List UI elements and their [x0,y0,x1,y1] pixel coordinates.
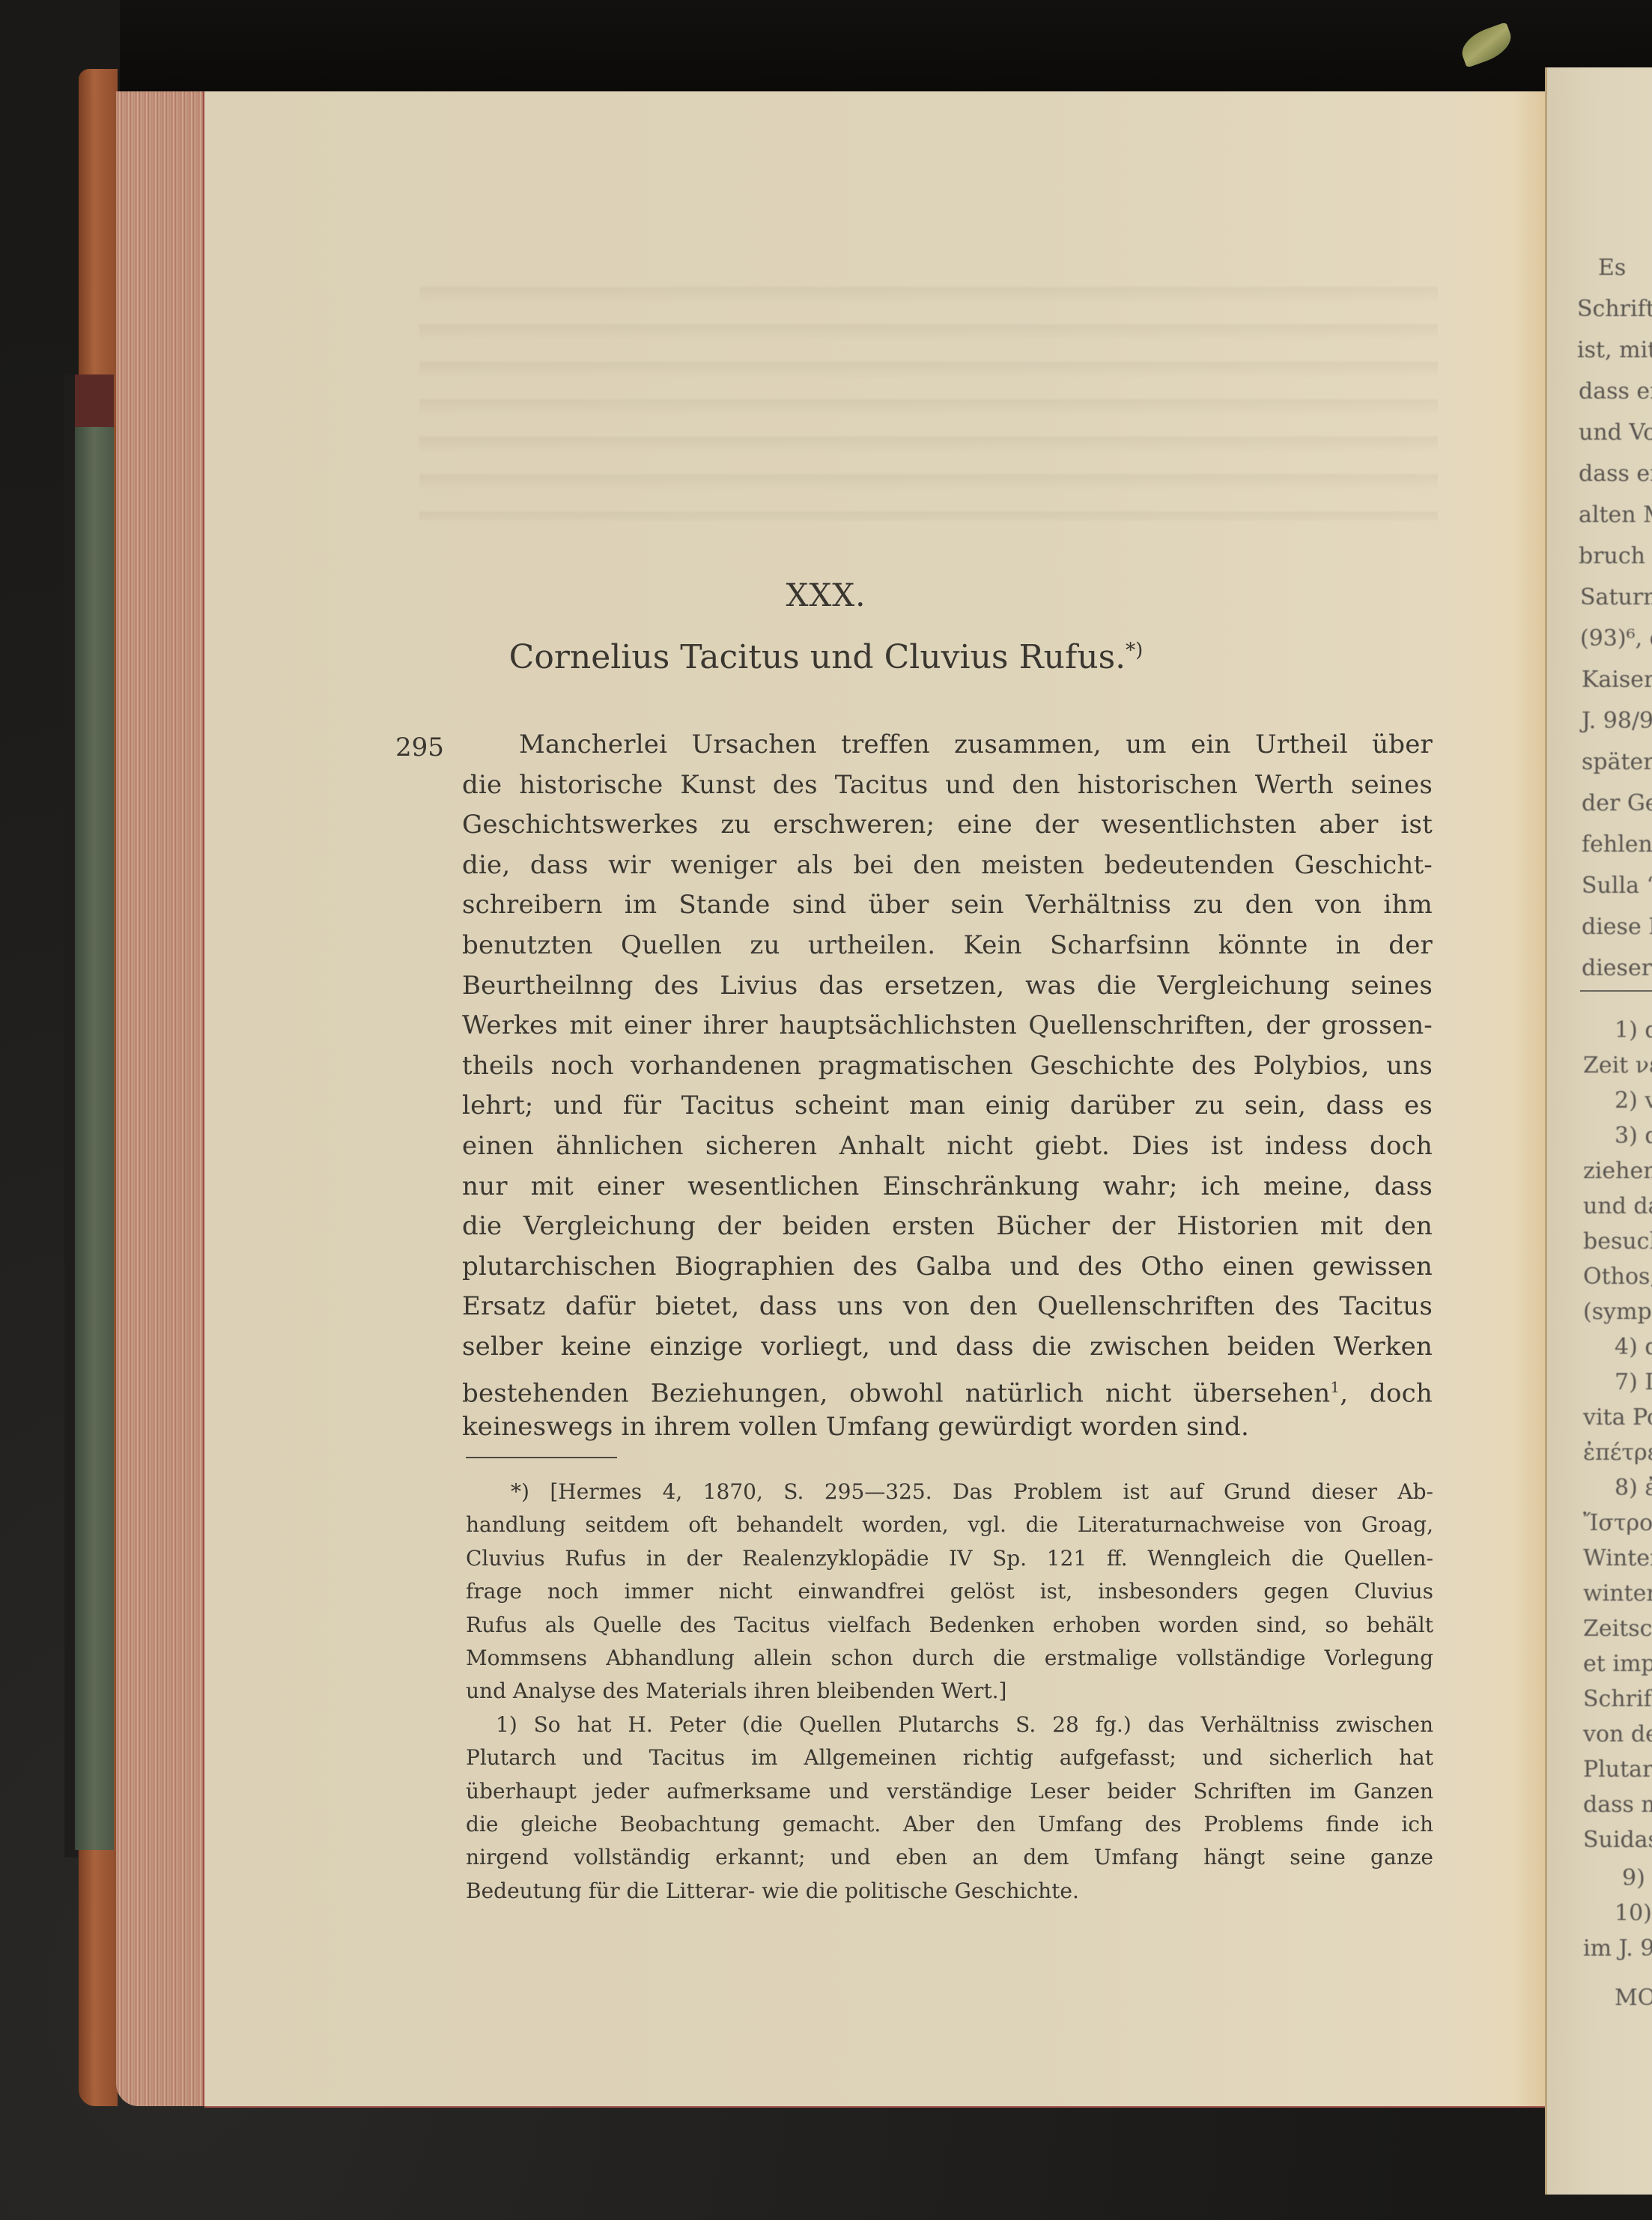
facing-page-fragment: Es [1598,255,1626,281]
facing-page-fragment: bruch [1579,543,1645,569]
footnote-star-line: Mommsens Abhandlung allein schon durch d… [466,1642,1433,1675]
body-line: die historische Kunst des Tacitus und de… [462,765,1433,806]
facing-page-fragment: J. 98/9⁸ [1582,708,1652,734]
body-line: einen ähnlichen sicheren Anhalt nicht gi… [462,1126,1433,1167]
facing-page-fragment: (sympos. [1583,1299,1652,1325]
body-paragraph: Mancherlei Ursachen treffen zusammen, um… [462,725,1433,1448]
footnote-1-line: 1) So hat H. Peter (die Quellen Plutarch… [466,1708,1433,1741]
chapter-title-text: Cornelius Tacitus und Cluvius Rufus. [509,638,1126,676]
facing-page-fragment: (93)⁶, d [1580,625,1652,652]
footnote-star-line: *) [Hermes 4, 1870, S. 295—325. Das Prob… [466,1476,1433,1508]
show-through-texture [419,266,1438,521]
facing-page-fragment: Ἴστρον δ [1583,1510,1652,1536]
facing-page-fragment: Schriften [1577,296,1652,322]
facing-page-fragment: fehlen [1582,831,1652,858]
body-line: keineswegs in ihrem vollen Umfang gewürd… [462,1407,1433,1448]
body-line: selber keine einzige vorliegt, und dass … [462,1327,1433,1368]
facing-page-fragment: Zeit νέος: [1583,1052,1652,1079]
facing-page-fragment: Zeitschr. [1583,1616,1652,1642]
facing-page-fragment: vita Pop [1583,1404,1652,1431]
footnotes: *) [Hermes 4, 1870, S. 295—325. Das Prob… [466,1476,1433,1908]
facing-page-fragment: diese B [1582,914,1652,940]
footnote-star-line: frage noch immer nicht einwandfrei gelös… [466,1575,1433,1608]
facing-page-fragment: dass er [1579,378,1652,404]
body-line: lehrt; und für Tacitus scheint man einig… [462,1086,1433,1126]
chapter-number: XXX. [0,577,1652,613]
facing-page-fragment: ziehen, d [1583,1158,1652,1184]
facing-page-fragment: und dass [1583,1193,1652,1219]
book-cover-corner [75,374,114,434]
footnote-1-line: Bedeutung für die Litterar- wie die poli… [466,1875,1433,1908]
footnote-star-line: Cluvius Rufus in der Realenzyklopädie IV… [466,1542,1433,1575]
background-shadow [120,0,1652,97]
facing-page-fragment: Schriftch [1583,1686,1652,1712]
margin-page-number: 295 [395,733,444,762]
footnote-1-line: überhaupt jeder aufmerksame und verständ… [466,1775,1433,1808]
facing-page-fragment: 1) d [1615,1017,1652,1043]
facing-page-fragment: 7) I [1615,1369,1652,1395]
facing-footnote-separator [1580,990,1652,992]
footnote-ref-1[interactable]: 1 [1330,1378,1340,1396]
chapter-title: Cornelius Tacitus und Cluvius Rufus.*) [0,638,1652,676]
facing-page-fragment: alten M [1579,502,1652,528]
facing-page-fragment: im J. 99 [1583,1935,1652,1962]
facing-page-fragment: Plutarch [1583,1756,1652,1783]
body-line-text: bestehenden Beziehungen, obwohl natürlic… [462,1378,1330,1408]
facing-page-fragment: ἐπέτρεψεν [1583,1440,1652,1466]
footnote-separator [466,1457,617,1458]
facing-page-fragment: und Vo [1579,419,1652,446]
footnote-star-line: handlung seitdem oft behandelt worden, v… [466,1508,1433,1541]
facing-page-fragment: dieser T [1582,955,1652,981]
facing-page-fragment: dass er [1579,461,1652,487]
body-line: Werkes mit einer ihrer hauptsächlichsten… [462,1006,1433,1046]
footnote-1-line: Plutarch und Tacitus im Allgemeinen rich… [466,1741,1433,1774]
body-line: bestehenden Beziehungen, obwohl natürlic… [462,1368,1433,1408]
body-line: schreibern im Stande sind über sein Verh… [462,885,1433,926]
facing-page-fragment: von der [1583,1721,1652,1747]
facing-page-fragment: et imp. [1583,1651,1652,1677]
body-line: nur mit einer wesentlichen Einschränkung… [462,1167,1433,1207]
facing-page-fragment: Saturnin [1580,584,1652,610]
facing-page-fragment: 3) d [1615,1123,1652,1149]
facing-page-fragment: 2) v [1615,1088,1652,1114]
facing-page-fragment: späterer [1582,749,1652,775]
page-block-edges [116,91,204,2106]
facing-page-fragment: 4) d [1615,1334,1652,1360]
facing-page-fragment: 8) ἐ [1615,1475,1652,1501]
facing-page-fragment: Sulla ‘v [1582,873,1652,899]
body-line: Beurtheilnng des Livius das ersetzen, wa… [462,966,1433,1007]
facing-page-fragment: dass ma [1583,1792,1652,1818]
facing-page-fragment: MOM [1615,1985,1652,2011]
facing-page-fragment: 10) [1615,1900,1652,1926]
facing-page-fragment: Othos, d [1583,1264,1652,1290]
footnote-1-line: die gleiche Beobachtung gemacht. Aber de… [466,1808,1433,1841]
body-line: theils noch vorhandenen pragmatischen Ge… [462,1046,1433,1087]
title-footnote-marker: *) [1126,639,1143,661]
facing-page-fragment: besuchte [1583,1228,1652,1255]
body-line: die, dass wir weniger als bei den meiste… [462,846,1433,886]
facing-page-fragment: Kaisers [1582,667,1652,693]
body-line: benutzten Quellen zu urtheilen. Kein Sch… [462,926,1433,966]
footnote-star-line: Rufus als Quelle des Tacitus vielfach Be… [466,1609,1433,1642]
footnote-1-line: nirgend vollständig erkannt; und eben an… [466,1841,1433,1874]
body-line: Mancherlei Ursachen treffen zusammen, um… [462,725,1433,765]
facing-page-fragment: Winter [1583,1545,1652,1571]
facing-page-fragment: Suidas ( [1583,1827,1652,1853]
facing-page-fragment: ist, mit [1577,337,1652,363]
body-line: plutarchischen Biographien des Galba und… [462,1247,1433,1288]
footnote-star-line: und Analyse des Materials ihren bleibend… [466,1675,1433,1708]
body-line: Ersatz dafür bietet, dass uns von den Qu… [462,1287,1433,1327]
book-page-right-partial: EsSchriftenist, mitdass erund Vodass era… [1545,67,1652,2195]
facing-page-fragment: 9) [1622,1865,1645,1891]
body-line-tail: , doch [1340,1378,1433,1408]
facing-page-fragment: wintert [1583,1580,1652,1607]
body-line: Geschichtswerkes zu erschweren; eine der… [462,805,1433,846]
page-gutter-shadow [1515,91,1545,2106]
facing-page-fragment: der Geg [1582,790,1652,816]
body-line: die Vergleichung der beiden ersten Büche… [462,1207,1433,1247]
